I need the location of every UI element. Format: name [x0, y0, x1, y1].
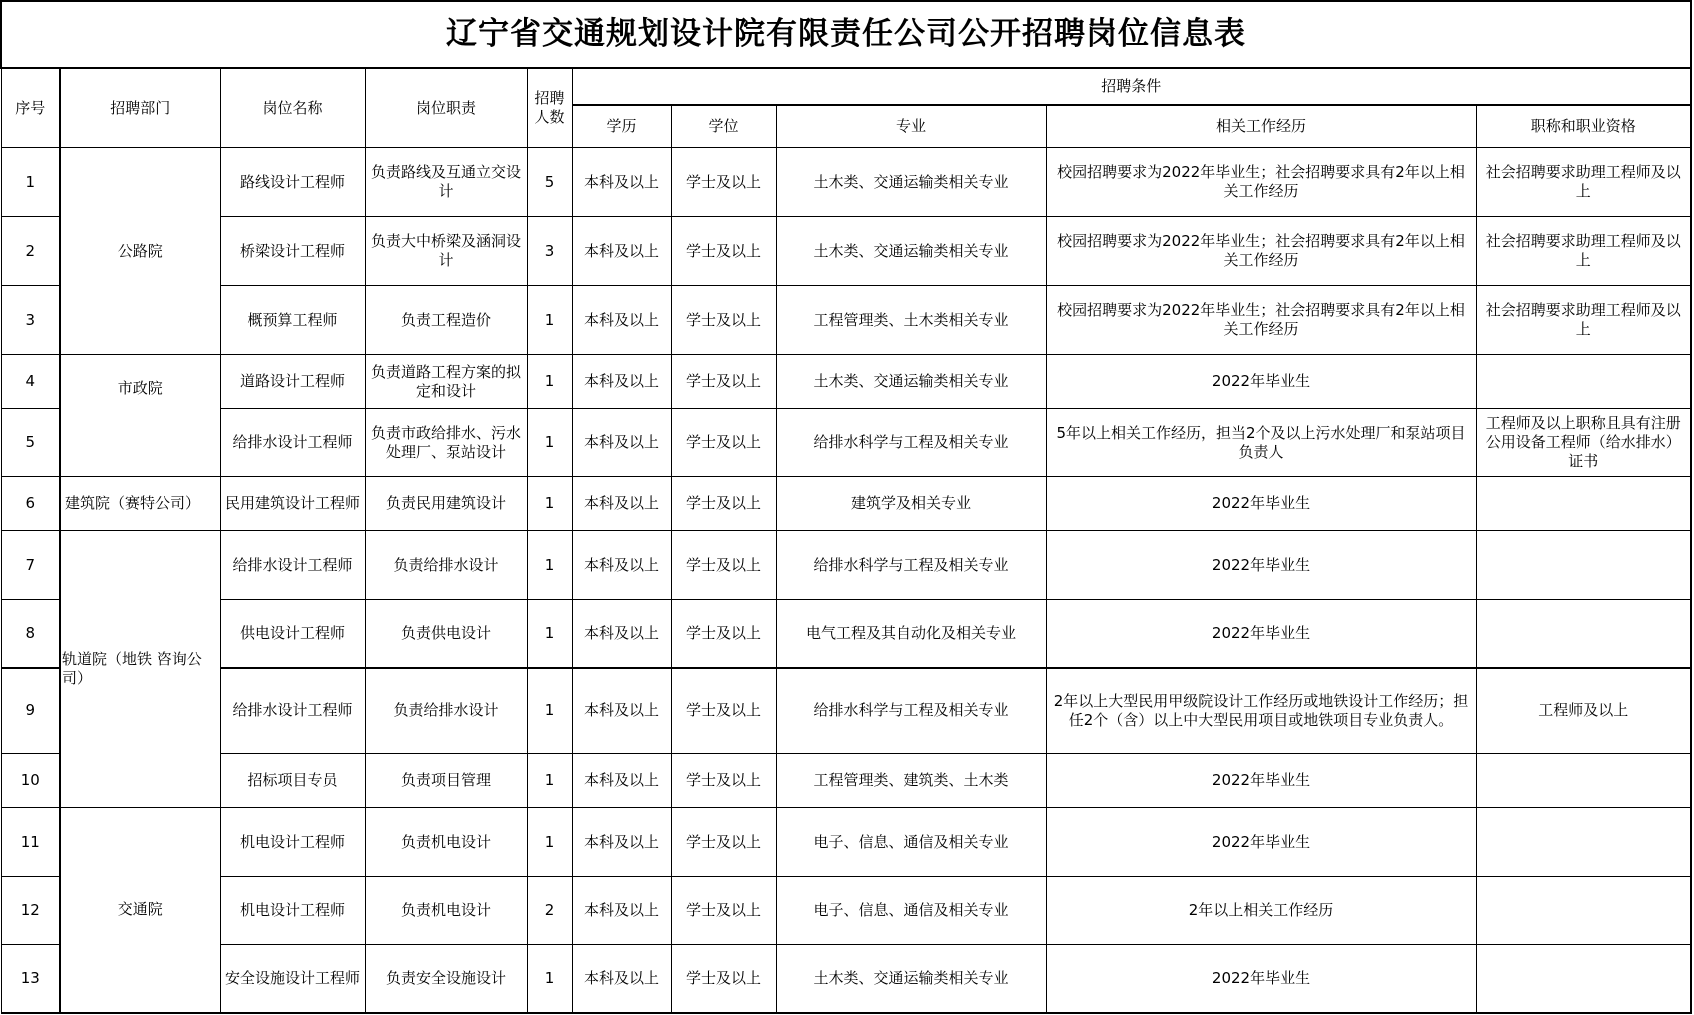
cell-experience: 2022年毕业生: [1046, 945, 1476, 1013]
cell-education: 本科及以上: [572, 754, 671, 808]
cell-position: 民用建筑设计工程师: [220, 477, 365, 531]
cell-major: 土木类、交通运输类相关专业: [776, 217, 1046, 286]
cell-degree: 学士及以上: [671, 355, 776, 409]
cell-seq: 4: [1, 355, 60, 409]
cell-seq: 2: [1, 217, 60, 286]
cell-duties: 负责给排水设计: [365, 531, 527, 600]
cell-education: 本科及以上: [572, 531, 671, 600]
cell-degree: 学士及以上: [671, 477, 776, 531]
cell-seq: 3: [1, 286, 60, 355]
cell-qualification: 社会招聘要求助理工程师及以上: [1476, 286, 1691, 355]
cell-count: 5: [527, 148, 572, 217]
cell-major: 工程管理类、建筑类、土木类: [776, 754, 1046, 808]
cell-department: 市政院: [60, 355, 220, 477]
page-title: 辽宁省交通规划设计院有限责任公司公开招聘岗位信息表: [1, 1, 1691, 68]
cell-major: 工程管理类、土木类相关专业: [776, 286, 1046, 355]
header-position: 岗位名称: [220, 68, 365, 148]
cell-seq: 10: [1, 754, 60, 808]
cell-count: 1: [527, 600, 572, 668]
cell-duties: 负责工程造价: [365, 286, 527, 355]
cell-position: 机电设计工程师: [220, 808, 365, 877]
cell-education: 本科及以上: [572, 217, 671, 286]
cell-major: 土木类、交通运输类相关专业: [776, 945, 1046, 1013]
header-degree: 学位: [671, 105, 776, 148]
cell-count: 1: [527, 477, 572, 531]
table-row: 10 招标项目专员 负责项目管理 1 本科及以上 学士及以上 工程管理类、建筑类…: [1, 754, 1691, 808]
cell-degree: 学士及以上: [671, 668, 776, 754]
header-count: 招聘人数: [527, 68, 572, 148]
header-qualification: 职称和职业资格: [1476, 105, 1691, 148]
cell-count: 1: [527, 409, 572, 477]
table-row: 3 概预算工程师 负责工程造价 1 本科及以上 学士及以上 工程管理类、土木类相…: [1, 286, 1691, 355]
cell-experience: 2022年毕业生: [1046, 808, 1476, 877]
table-body: 1 公路院 路线设计工程师 负责路线及互通立交设计 5 本科及以上 学士及以上 …: [1, 148, 1691, 1013]
cell-experience: 2022年毕业生: [1046, 531, 1476, 600]
table-row: 8 供电设计工程师 负责供电设计 1 本科及以上 学士及以上 电气工程及其自动化…: [1, 600, 1691, 668]
table-row: 13 安全设施设计工程师 负责安全设施设计 1 本科及以上 学士及以上 土木类、…: [1, 945, 1691, 1013]
cell-seq: 12: [1, 877, 60, 945]
cell-qualification: [1476, 945, 1691, 1013]
cell-education: 本科及以上: [572, 355, 671, 409]
cell-qualification: [1476, 808, 1691, 877]
cell-seq: 9: [1, 668, 60, 754]
cell-qualification: [1476, 531, 1691, 600]
cell-experience: 2022年毕业生: [1046, 477, 1476, 531]
header-department: 招聘部门: [60, 68, 220, 148]
cell-duties: 负责民用建筑设计: [365, 477, 527, 531]
cell-degree: 学士及以上: [671, 217, 776, 286]
cell-qualification: [1476, 477, 1691, 531]
cell-department: 轨道院（地铁 咨询公司）: [60, 531, 220, 808]
cell-seq: 1: [1, 148, 60, 217]
cell-duties: 负责项目管理: [365, 754, 527, 808]
cell-major: 给排水科学与工程及相关专业: [776, 668, 1046, 754]
cell-major: 电气工程及其自动化及相关专业: [776, 600, 1046, 668]
cell-duties: 负责给排水设计: [365, 668, 527, 754]
cell-position: 路线设计工程师: [220, 148, 365, 217]
cell-qualification: [1476, 355, 1691, 409]
cell-duties: 负责机电设计: [365, 877, 527, 945]
cell-count: 1: [527, 355, 572, 409]
cell-department: 公路院: [60, 148, 220, 355]
table-row: 4 市政院 道路设计工程师 负责道路工程方案的拟定和设计 1 本科及以上 学士及…: [1, 355, 1691, 409]
cell-degree: 学士及以上: [671, 409, 776, 477]
cell-experience: 5年以上相关工作经历，担当2个及以上污水处理厂和泵站项目负责人: [1046, 409, 1476, 477]
cell-qualification: 社会招聘要求助理工程师及以上: [1476, 148, 1691, 217]
cell-experience: 校园招聘要求为2022年毕业生；社会招聘要求具有2年以上相关工作经历: [1046, 217, 1476, 286]
cell-degree: 学士及以上: [671, 945, 776, 1013]
table-row: 9 给排水设计工程师 负责给排水设计 1 本科及以上 学士及以上 给排水科学与工…: [1, 668, 1691, 754]
cell-experience: 2022年毕业生: [1046, 355, 1476, 409]
cell-count: 1: [527, 754, 572, 808]
cell-degree: 学士及以上: [671, 531, 776, 600]
table-row: 1 公路院 路线设计工程师 负责路线及互通立交设计 5 本科及以上 学士及以上 …: [1, 148, 1691, 217]
cell-experience: 校园招聘要求为2022年毕业生；社会招聘要求具有2年以上相关工作经历: [1046, 148, 1476, 217]
cell-experience: 2022年毕业生: [1046, 600, 1476, 668]
cell-education: 本科及以上: [572, 477, 671, 531]
cell-education: 本科及以上: [572, 668, 671, 754]
cell-count: 1: [527, 531, 572, 600]
header-duties: 岗位职责: [365, 68, 527, 148]
cell-education: 本科及以上: [572, 286, 671, 355]
cell-duties: 负责路线及互通立交设计: [365, 148, 527, 217]
cell-degree: 学士及以上: [671, 148, 776, 217]
cell-degree: 学士及以上: [671, 808, 776, 877]
cell-major: 电子、信息、通信及相关专业: [776, 808, 1046, 877]
cell-degree: 学士及以上: [671, 754, 776, 808]
cell-major: 给排水科学与工程及相关专业: [776, 409, 1046, 477]
cell-qualification: 工程师及以上: [1476, 668, 1691, 754]
table-row: 11 交通院 机电设计工程师 负责机电设计 1 本科及以上 学士及以上 电子、信…: [1, 808, 1691, 877]
cell-duties: 负责安全设施设计: [365, 945, 527, 1013]
cell-duties: 负责道路工程方案的拟定和设计: [365, 355, 527, 409]
recruitment-table: 辽宁省交通规划设计院有限责任公司公开招聘岗位信息表 序号 招聘部门 岗位名称 岗…: [0, 0, 1692, 1014]
cell-degree: 学士及以上: [671, 600, 776, 668]
cell-degree: 学士及以上: [671, 877, 776, 945]
cell-qualification: [1476, 600, 1691, 668]
cell-qualification: 工程师及以上职称且具有注册公用设备工程师（给水排水）证书: [1476, 409, 1691, 477]
recruitment-sheet: 辽宁省交通规划设计院有限责任公司公开招聘岗位信息表 序号 招聘部门 岗位名称 岗…: [0, 0, 1690, 1014]
cell-major: 土木类、交通运输类相关专业: [776, 355, 1046, 409]
cell-education: 本科及以上: [572, 877, 671, 945]
header-conditions: 招聘条件: [572, 68, 1691, 105]
cell-seq: 11: [1, 808, 60, 877]
header-major: 专业: [776, 105, 1046, 148]
cell-seq: 5: [1, 409, 60, 477]
cell-experience: 2年以上大型民用甲级院设计工作经历或地铁设计工作经历；担任2个（含）以上中大型民…: [1046, 668, 1476, 754]
cell-seq: 7: [1, 531, 60, 600]
cell-experience: 校园招聘要求为2022年毕业生；社会招聘要求具有2年以上相关工作经历: [1046, 286, 1476, 355]
cell-seq: 13: [1, 945, 60, 1013]
cell-duties: 负责市政给排水、污水处理厂、泵站设计: [365, 409, 527, 477]
cell-position: 道路设计工程师: [220, 355, 365, 409]
cell-education: 本科及以上: [572, 600, 671, 668]
cell-seq: 6: [1, 477, 60, 531]
cell-position: 机电设计工程师: [220, 877, 365, 945]
cell-degree: 学士及以上: [671, 286, 776, 355]
cell-duties: 负责机电设计: [365, 808, 527, 877]
cell-position: 供电设计工程师: [220, 600, 365, 668]
table-row: 12 机电设计工程师 负责机电设计 2 本科及以上 学士及以上 电子、信息、通信…: [1, 877, 1691, 945]
header-experience: 相关工作经历: [1046, 105, 1476, 148]
cell-count: 1: [527, 808, 572, 877]
cell-position: 招标项目专员: [220, 754, 365, 808]
cell-major: 建筑学及相关专业: [776, 477, 1046, 531]
table-row: 7 轨道院（地铁 咨询公司） 给排水设计工程师 负责给排水设计 1 本科及以上 …: [1, 531, 1691, 600]
cell-education: 本科及以上: [572, 148, 671, 217]
cell-position: 给排水设计工程师: [220, 531, 365, 600]
cell-count: 3: [527, 217, 572, 286]
cell-duties: 负责供电设计: [365, 600, 527, 668]
cell-education: 本科及以上: [572, 808, 671, 877]
cell-qualification: [1476, 754, 1691, 808]
cell-major: 电子、信息、通信及相关专业: [776, 877, 1046, 945]
cell-position: 给排水设计工程师: [220, 409, 365, 477]
header-education: 学历: [572, 105, 671, 148]
table-row: 6 建筑院（赛特公司） 民用建筑设计工程师 负责民用建筑设计 1 本科及以上 学…: [1, 477, 1691, 531]
cell-experience: 2022年毕业生: [1046, 754, 1476, 808]
cell-count: 1: [527, 286, 572, 355]
cell-education: 本科及以上: [572, 945, 671, 1013]
cell-seq: 8: [1, 600, 60, 668]
cell-position: 安全设施设计工程师: [220, 945, 365, 1013]
cell-major: 给排水科学与工程及相关专业: [776, 531, 1046, 600]
cell-position: 概预算工程师: [220, 286, 365, 355]
cell-position: 给排水设计工程师: [220, 668, 365, 754]
cell-position: 桥梁设计工程师: [220, 217, 365, 286]
cell-duties: 负责大中桥梁及涵洞设计: [365, 217, 527, 286]
cell-department: 交通院: [60, 808, 220, 1013]
cell-count: 2: [527, 877, 572, 945]
cell-count: 1: [527, 668, 572, 754]
cell-qualification: 社会招聘要求助理工程师及以上: [1476, 217, 1691, 286]
cell-department: 建筑院（赛特公司）: [60, 477, 220, 531]
header-seq: 序号: [1, 68, 60, 148]
cell-qualification: [1476, 877, 1691, 945]
cell-count: 1: [527, 945, 572, 1013]
cell-major: 土木类、交通运输类相关专业: [776, 148, 1046, 217]
cell-education: 本科及以上: [572, 409, 671, 477]
cell-experience: 2年以上相关工作经历: [1046, 877, 1476, 945]
table-row: 2 桥梁设计工程师 负责大中桥梁及涵洞设计 3 本科及以上 学士及以上 土木类、…: [1, 217, 1691, 286]
table-row: 5 给排水设计工程师 负责市政给排水、污水处理厂、泵站设计 1 本科及以上 学士…: [1, 409, 1691, 477]
